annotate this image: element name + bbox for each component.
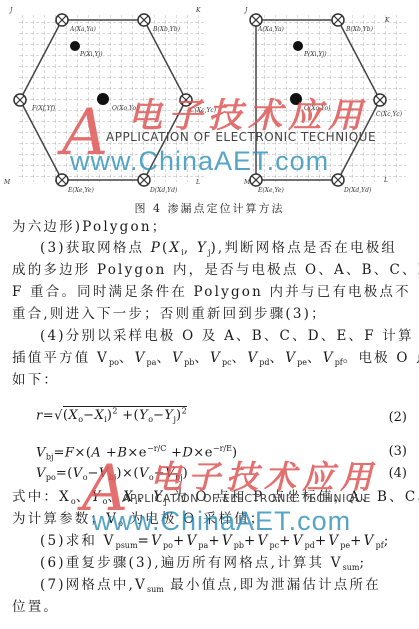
equation-4: Vpo=(Vo−Vbj)×(Vo−Vbj) [36, 466, 188, 482]
text-line-5: 重合,则进入下一步；否则重新回到步骤(3)； [12, 304, 410, 324]
text-last-line: 位置。 [12, 597, 410, 617]
leak-location-diagram: JK ML A(Xa,Ya)B(Xb,Yb) P(Xi,Yj)O(Xo,Yo) … [0, 0, 419, 195]
svg-text:M: M [243, 179, 251, 186]
text-line-8: 如下： [12, 370, 410, 390]
step-3-label: (3)获取网格点 [40, 240, 151, 256]
step-7-text: 最小值点,即为泄漏估计点所在 [164, 577, 381, 593]
text-line-3: 成的多边形 Polygon 内，是否与电极点 O、A、B、C、D、E、 [12, 260, 410, 280]
svg-text:M: M [3, 179, 11, 186]
svg-text:B(Xb,Yb): B(Xb,Yb) [152, 26, 181, 33]
step-7-label: (7)网格点中,V [40, 577, 147, 593]
svg-text:J: J [243, 7, 248, 14]
svg-text:B(Xb,Yb): B(Xb,Yb) [345, 26, 374, 33]
svg-text:C(Xc,Yc): C(Xc,Yc) [190, 107, 217, 114]
text-line-4: F 重合。同时满足条件在 Polygon 内并与已有电极点不 [12, 282, 410, 302]
svg-text:A(Xa,Ya): A(Xa,Ya) [69, 26, 97, 33]
svg-text:E(Xe,Ye): E(Xe,Ye) [257, 187, 284, 194]
step-4-line: (4)分别以采样电极 O 及 A、B、C、D、E、F 计算 P 点 [40, 326, 410, 346]
where-text: 为 O 点和 P 点坐标值，A、B、C、D、E [173, 489, 419, 505]
text-line-1: 为六边形)Polygon； [12, 217, 410, 237]
svg-text:A(Xa,Ya): A(Xa,Ya) [257, 26, 285, 33]
figure-caption: 图 4 渗漏点定位计算方法 [0, 200, 419, 216]
where-label: 式中：X [12, 489, 71, 505]
params-text: 为电极 O 采样值； [123, 511, 266, 527]
step-6-text: (6)重复步骤(3),遍历所有网格点,计算其 V [40, 555, 343, 571]
svg-text:K: K [195, 7, 201, 14]
svg-text:F(Xf,Yf): F(Xf,Yf) [31, 105, 56, 112]
equation-2: r=√(Xo−Xi)2 +(Yo−Yj)2 [36, 407, 187, 424]
step-5-label: (5)求和 V [40, 533, 116, 549]
svg-text:O(Xo,Yo): O(Xo,Yo) [112, 105, 139, 112]
interp-text: 插值平方值 V [12, 350, 109, 366]
equation-3-number: (3) [389, 444, 407, 459]
equation-2-number: (2) [389, 410, 407, 425]
figure-4: JK ML A(Xa,Ya)B(Xb,Yb) P(Xi,Yj)O(Xo,Yo) … [0, 0, 419, 195]
svg-text:D(Xd,Yd): D(Xd,Yd) [343, 187, 372, 194]
grid-point-symbol: P [151, 240, 162, 256]
svg-text:C(Xc,Yc): C(Xc,Yc) [376, 111, 403, 118]
equation-4-number: (4) [389, 466, 407, 481]
electrode-formula-text: 。电极 O 点公式 [343, 350, 419, 366]
svg-text:P(Xi,Yj): P(Xi,Yj) [303, 51, 327, 58]
params-label: 为计算参数；V [12, 511, 118, 527]
svg-text:D(Xd,Yd): D(Xd,Yd) [149, 187, 178, 194]
svg-text:L: L [383, 177, 388, 184]
svg-text:J: J [8, 7, 13, 14]
step-3-text: ),判断网格点是否在电极组 [210, 240, 397, 256]
svg-text:E(Xe,Ye): E(Xe,Ye) [67, 187, 94, 194]
svg-text:P(Xi,Yj): P(Xi,Yj) [79, 51, 103, 58]
equation-3: Vbj=F×(A +B×e−r/C +D×e−r/E) [36, 444, 238, 461]
svg-text:O(Xo,Yo): O(Xo,Yo) [304, 105, 331, 112]
svg-text:K: K [384, 17, 390, 24]
svg-text:L: L [195, 179, 200, 186]
